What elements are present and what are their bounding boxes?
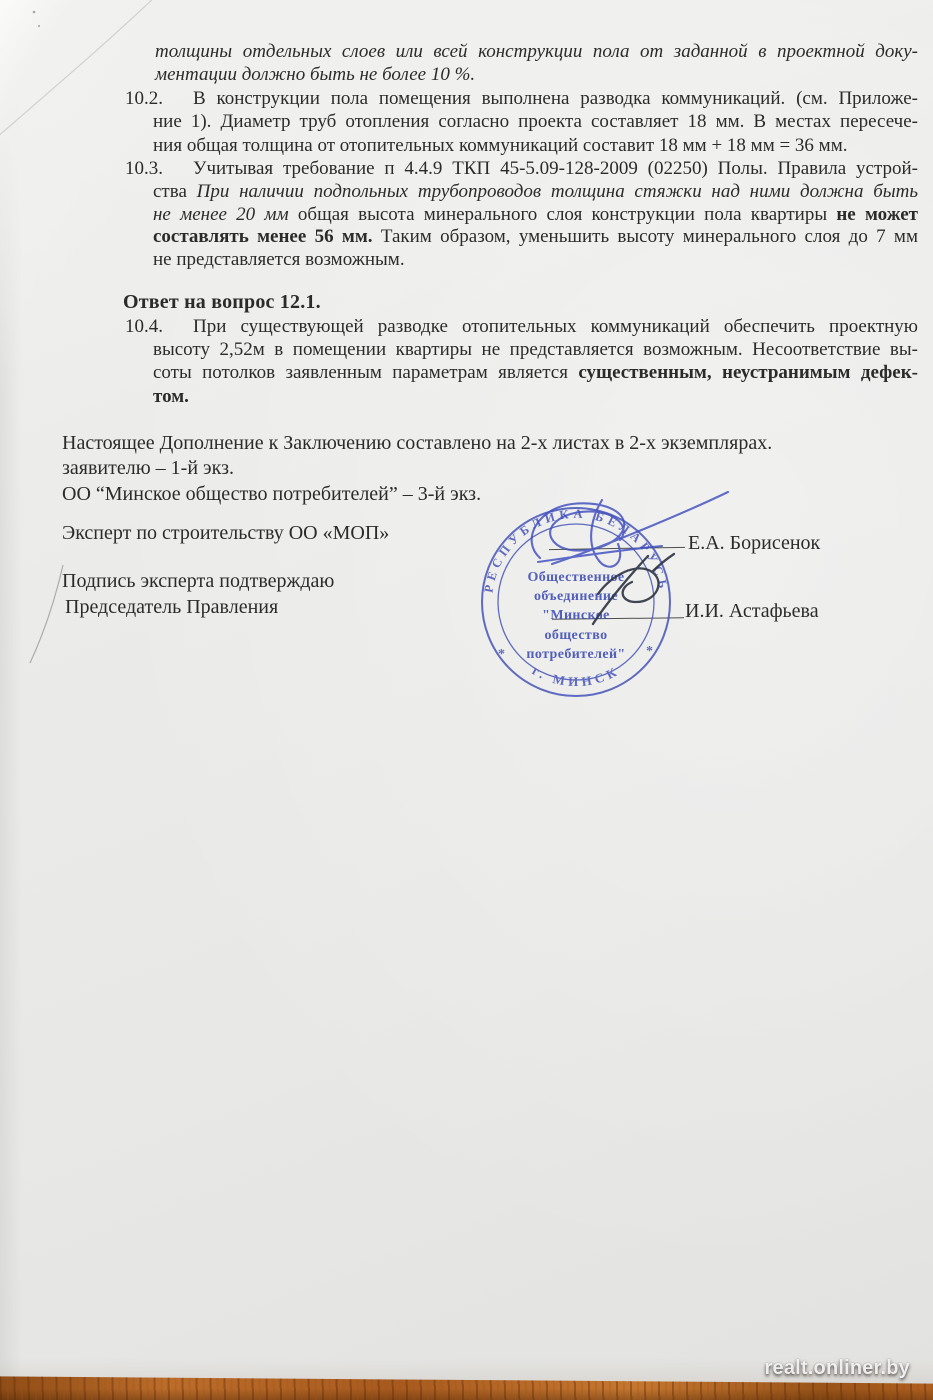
signatures-overlay — [460, 480, 780, 690]
expert-role-label: Эксперт по строительству ОО «МОП» — [62, 522, 389, 545]
document-page: толщины отдельных слоев или всей констру… — [0, 0, 933, 1400]
paragraph-10-1-continuation: толщины отдельных слоев или всей констру… — [155, 40, 918, 87]
paper-crease — [15, 555, 75, 675]
text-line: том. — [153, 385, 918, 408]
answer-heading: Ответ на вопрос 12.1. — [123, 291, 321, 314]
item-number: 10.2. — [125, 87, 163, 110]
item-number: 10.3. — [125, 158, 163, 181]
chairman-role-label: Председатель Правления — [65, 596, 278, 619]
text-line: ства При наличии подпольных трубопроводо… — [153, 181, 918, 204]
list-item-10-3: 10.3. Учитывая требование п 4.4.9 ТКП 45… — [153, 158, 918, 272]
text-line: толщины отдельных слоев или всей констру… — [155, 40, 918, 63]
text-line: не менее 20 мм общая высота минерального… — [153, 204, 918, 227]
text-line: соты потолков заявленным параметрам явля… — [153, 361, 918, 384]
text-line: ния общая толщина от отопительных коммун… — [153, 134, 918, 157]
item-text: Учитывая требование п 4.4.9 ТКП 45-5.09-… — [153, 158, 918, 272]
item-number: 10.4. — [125, 315, 163, 338]
text-line: ние 1). Диаметр труб отопления согласно … — [153, 110, 918, 133]
text-line: не представляется возможным. — [153, 249, 918, 272]
list-item-10-2: 10.2. В конструкции пола помещения выпол… — [153, 87, 918, 157]
item-text: В конструкции пола помещения выполнена р… — [153, 87, 918, 157]
text-line: ментации должно быть не более 10 %. — [155, 63, 918, 86]
chairman-signature — [593, 554, 674, 624]
list-item-10-4: 10.4. При существующей разводке отопител… — [153, 315, 918, 408]
expert-signature — [532, 492, 728, 567]
text-line: При существующей разводке отопительных к… — [153, 315, 918, 338]
watermark: realt.onliner.by — [765, 1357, 910, 1380]
text-line: В конструкции пола помещения выполнена р… — [153, 87, 918, 110]
text-line: Настоящее Дополнение к Заключению состав… — [62, 431, 782, 456]
text-line: составлять менее 56 мм. Таким образом, у… — [153, 226, 918, 249]
text-line: высоту 2,52м в помещении квартиры не пре… — [153, 338, 918, 361]
text-line: Учитывая требование п 4.4.9 ТКП 45-5.09-… — [153, 158, 918, 181]
text-line: заявителю – 1-й экз. — [62, 456, 782, 481]
confirmation-label: Подпись эксперта подтверждаю — [62, 570, 334, 593]
item-text: При существующей разводке отопительных к… — [153, 315, 918, 408]
